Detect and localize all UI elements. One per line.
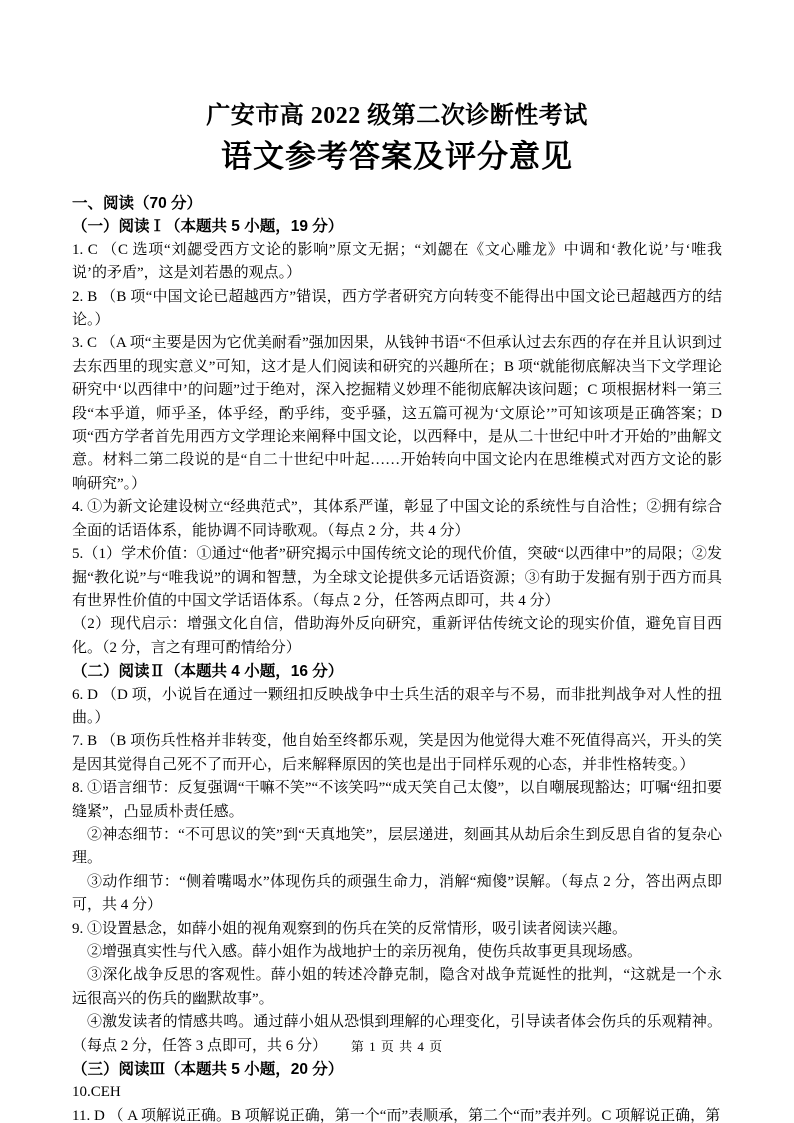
answer-paragraph: ②神态细节：“不可思议的笑”到“天真地笑”，层层递进，刻画其从劫后余生到反思自省… [72,824,722,871]
answer-paragraph: 8. ①语言细节：反复强调“干嘛不笑”“不该笑吗”“成天笑自己太傻”，以自嘲展现… [72,777,722,824]
answer-paragraph: 4. ①为新文论建设树立“经典范式”，其体系严谨，彰显了中国文论的系统性与自洽性… [72,496,722,543]
answer-paragraph: 11. D （ A 项解说正确。B 项解说正确，第一个“而”表顺承，第二个“而”… [72,1105,722,1123]
answer-paragraph: 1. C （C 选项“刘勰受西方文论的影响”原文无据；“刘勰在《文心雕龙》中调和… [72,239,722,286]
answer-paragraph: 10.CEH [72,1081,722,1104]
section-heading: （三）阅读Ⅲ（本题共 5 小题，20 分） [72,1058,722,1081]
answer-paragraph: （2）现代启示：增强文化自信，借助海外反向研究，重新评估传统文论的现实价值，避免… [72,613,722,660]
answer-paragraph: ③深化战争反思的客观性。薛小姐的转述冷静克制，隐含对战争荒诞性的批判，“这就是一… [72,964,722,1011]
answer-paragraph: 6. D （D 项，小说旨在通过一颗纽扣反映战争中士兵生活的艰辛与不易，而非批判… [72,684,722,731]
exam-answer-page: 广安市高 2022 级第二次诊断性考试 语文参考答案及评分意见 一、阅读（70 … [0,0,794,1123]
answer-paragraph: ③动作细节：“侧着嘴喝水”体现伤兵的顽强生命力，消解“痴傻”误解。（每点 2 分… [72,871,722,918]
document-title: 广安市高 2022 级第二次诊断性考试 [0,98,794,134]
answer-paragraph: ②增强真实性与代入感。薛小姐作为战地护士的亲历视角，使伤兵故事更具现场感。 [72,941,722,964]
page-number-footer: 第 1 页 共 4 页 [0,1036,794,1055]
section-heading: 一、阅读（70 分） [72,192,722,215]
section-heading: （一）阅读Ⅰ（本题共 5 小题，19 分） [72,215,722,238]
title-block: 广安市高 2022 级第二次诊断性考试 语文参考答案及评分意见 [0,0,794,180]
answer-paragraph: 2. B （B 项“中国文论已超越西方”错误，西方学者研究方向转变不能得出中国文… [72,286,722,333]
answer-paragraph: 7. B （B 项伤兵性格并非转变，他自始至终都乐观，笑是因为他觉得大难不死值得… [72,730,722,777]
section-heading: （二）阅读Ⅱ（本题共 4 小题，16 分） [72,660,722,683]
document-subtitle: 语文参考答案及评分意见 [0,134,794,180]
answer-paragraph: 9. ①设置悬念，如薛小姐的视角观察到的伤兵在笑的反常情形，吸引读者阅读兴趣。 [72,918,722,941]
document-content: 一、阅读（70 分）（一）阅读Ⅰ（本题共 5 小题，19 分）1. C （C 选… [72,192,722,1123]
answer-paragraph: 3. C （A 项“主要是因为它优美耐看”强加因果，从钱钟书语“不但承认过去东西… [72,332,722,496]
answer-paragraph: 5.（1）学术价值：①通过“他者”研究揭示中国传统文论的现代价值，突破“以西律中… [72,543,722,613]
